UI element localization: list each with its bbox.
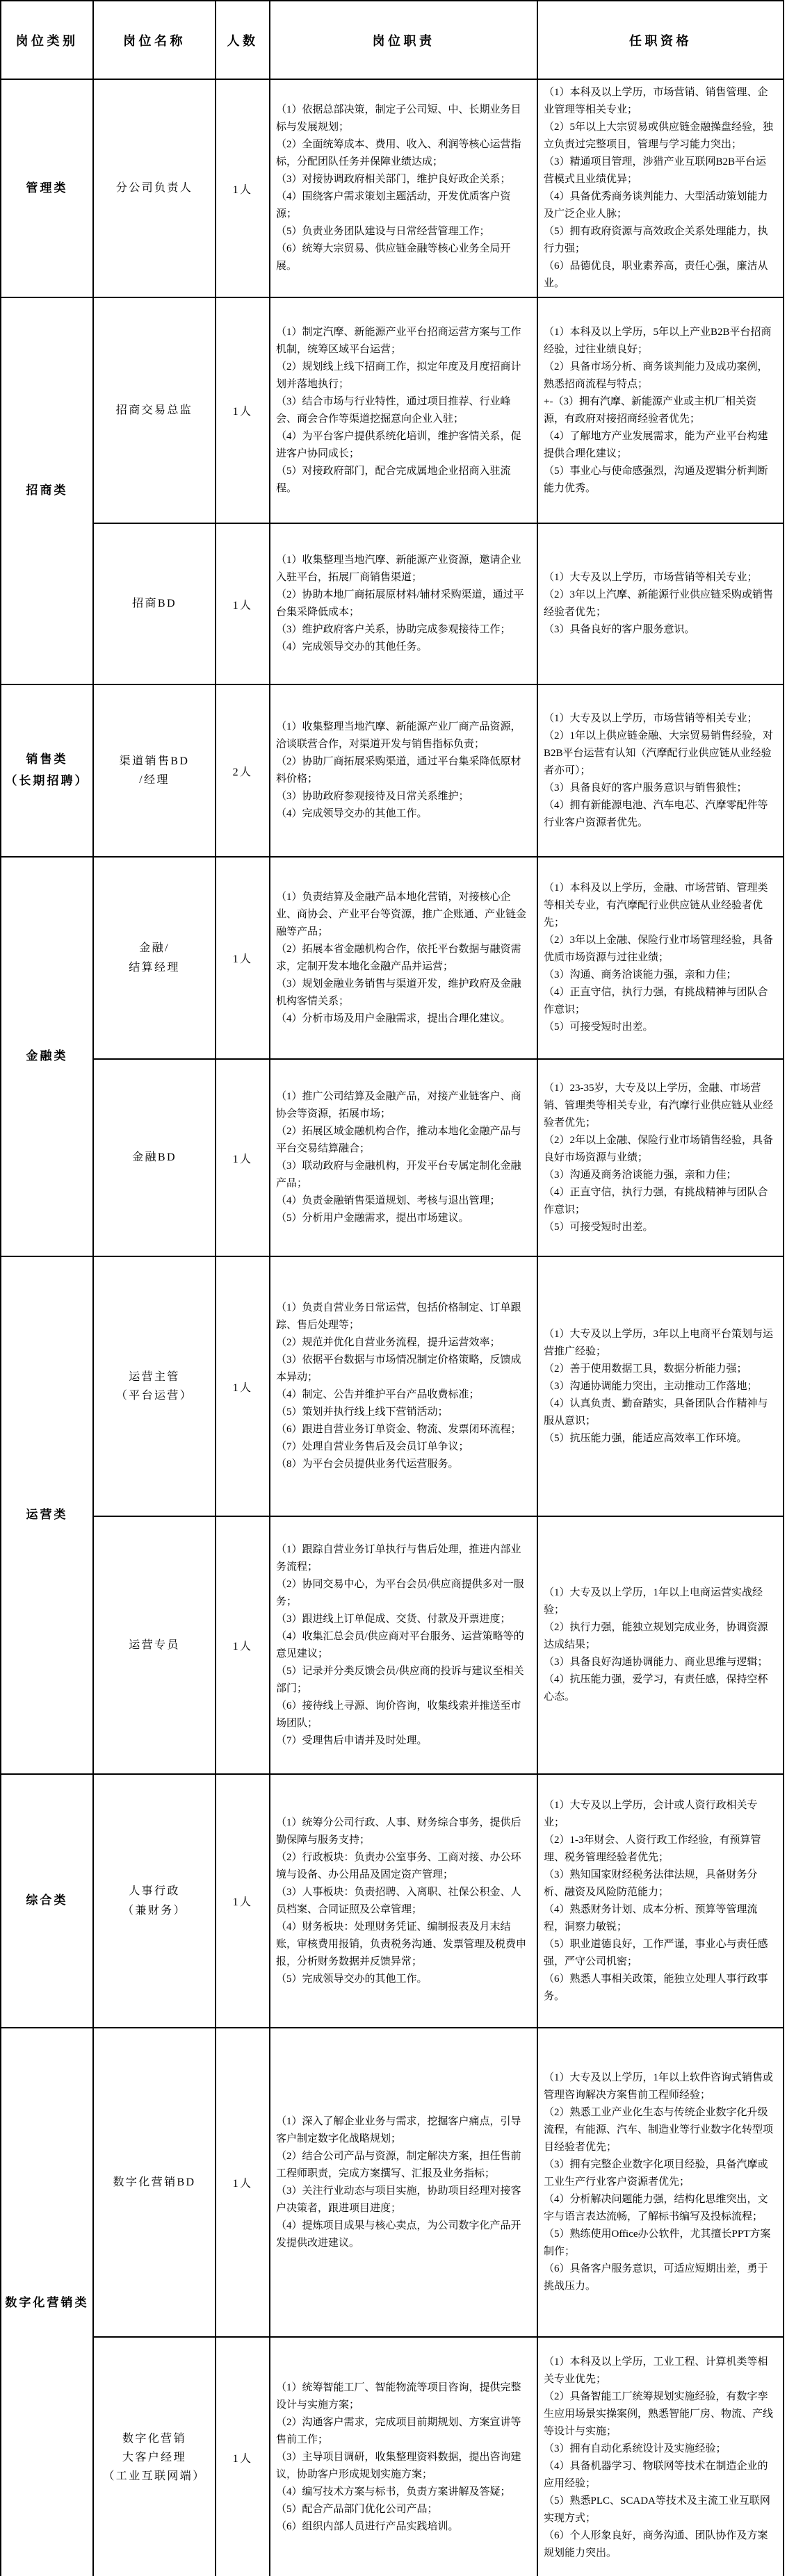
list-item: （2）具备市场分析、商务谈判能力及成功案例，熟悉招商流程与特点； — [544, 359, 774, 393]
list-item: （2）协助厂商拓展采购渠道，通过平台集采降低原材料价格； — [276, 753, 528, 788]
list-item: （3）人事板块：负责招聘、入离职、社保公积金、人员档案、合同证照及公章管理； — [276, 1884, 528, 1919]
list-item: （4）具备机器学习、物联网等技术在制造企业的应用经验； — [544, 2458, 774, 2493]
list-item: （4）制定、公告并维护平台产品收费标准； — [276, 1386, 528, 1404]
list-item: （1）大专及以上学历，1年以上软件咨询式销售或管理咨询解决方案售前工程师经验； — [544, 2069, 774, 2104]
table-row-digital-marketing-key-account-manager: 数字化营销 大客户经理 （工业互联网端） 1人 （1）统筹智能工厂、智能物流等项… — [1, 2337, 784, 2576]
qualifications-cell: （1）大专及以上学历，会计或人资行政相关专业；（2）1-3年财会、人资行政工作经… — [537, 1774, 784, 2028]
list-item: （5）可接受短时出差。 — [544, 1219, 774, 1236]
list-item: （2）善于使用数据工具，数据分析能力强； — [544, 1361, 774, 1378]
list-item: （3）关注行业动态与项目实施，协助项目经理对接客户决策者，跟进项目进度； — [276, 2183, 528, 2217]
list-item: （5）事业心与使命感强烈，沟通及逻辑分析判断能力优秀。 — [544, 463, 774, 498]
table-row-investment-bd: 招商BD 1人 （1）收集整理当地汽摩、新能源产业资源，邀请企业入驻平台，拓展厂… — [1, 523, 784, 684]
list-item: （5）熟练使用Office办公软件，尤其擅长PPT方案制作； — [544, 2226, 774, 2261]
table-row-finance-settlement-manager: 金融类 金融/ 结算经理 1人 （1）负责结算及金融产品本地化营销，对接核心企业… — [1, 857, 784, 1059]
table-row-hr-admin: 综合类 人事行政 （兼财务） 1人 （1）统筹分公司行政、人事、财务综合事务，提… — [1, 1774, 784, 2028]
list-item: （1）统筹分公司行政、人事、财务综合事务，提供后勤保障与服务支持； — [276, 1814, 528, 1849]
list-item: （5）配合产品部门优化公司产品； — [276, 2501, 528, 2518]
list-item: （4）围绕客户需求策划主题活动，开发优质客户资源； — [276, 188, 528, 223]
list-item: （3）具备良好的客户服务意识。 — [544, 621, 774, 639]
position-name-cell: 金融/ 结算经理 — [93, 857, 216, 1059]
position-name-cell: 招商交易总监 — [93, 297, 216, 523]
list-item: （3）跟进线上订单促成、交货、付款及开票进度； — [276, 1611, 528, 1628]
list-item: （3）熟知国家财经税务法律法规，具备财务分析、融资及风险防范能力； — [544, 1867, 774, 1901]
job-table: 岗位类别 岗位名称 人数 岗位职责 任职资格 管理类 分公司负责人 1人 （1）… — [0, 0, 784, 2576]
duties-cell: （1）深入了解企业业务与需求，挖掘客户痛点，引导客户制定数字化战略规划；（2）结… — [270, 2028, 537, 2337]
col-header-category: 岗位类别 — [1, 1, 93, 79]
list-item: （5）分析用户金融需求，提出市场建议。 — [276, 1210, 528, 1227]
list-item: （1）23-35岁，大专及以上学历，金融、市场营销、管理类等相关专业，有汽摩行业… — [544, 1080, 774, 1132]
list-item: （6）熟悉人事相关政策，能独立处理人事行政事务。 — [544, 1971, 774, 2005]
list-item: （3）具备良好的客户服务意识与销售狼性； — [544, 780, 774, 797]
list-item: （3）拥有自动化系统设计及实施经验； — [544, 2440, 774, 2458]
qualifications-cell: （1）大专及以上学历，1年以上电商运营实战经验；（2）执行力强，能独立规划完成业… — [537, 1516, 784, 1774]
category-cell-finance: 金融类 — [1, 857, 93, 1256]
table-row-operations-specialist: 运营专员 1人 （1）跟踪自营业务订单执行与售后处理，推进内部业务流程；（2）协… — [1, 1516, 784, 1774]
list-item: （3）主导项目调研，收集整理资料数据，提出咨询建议，协助客户形成规划实施方案； — [276, 2449, 528, 2484]
headcount-cell: 1人 — [216, 1059, 270, 1256]
list-item: （1）跟踪自营业务订单执行与售后处理，推进内部业务流程； — [276, 1541, 528, 1576]
list-item: （3）精通项目管理，涉猎产业互联网B2B平台运营模式且业绩优异； — [544, 154, 774, 188]
list-item: （3）依据平台数据与市场情况制定价格策略，反馈成本异动； — [276, 1352, 528, 1386]
list-item: （2）2年以上金融、保险行业市场销售经验，具备良好市场资源与业绩； — [544, 1132, 774, 1167]
list-item: （2）行政板块：负责办公室事务、工商对接、办公环境与设备、办公用品及固定资产管理… — [276, 1849, 528, 1884]
qualifications-cell: （1）大专及以上学历，3年以上电商平台策划与运营推广经验；（2）善于使用数据工具… — [537, 1256, 784, 1516]
list-item: （8）为平台会员提供业务代运营服务。 — [276, 1456, 528, 1473]
duties-cell: （1）收集整理当地汽摩、新能源产业资源，邀请企业入驻平台，拓展厂商销售渠道；（2… — [270, 523, 537, 684]
list-item: （4）完成领导交办的其他工作。 — [276, 805, 528, 823]
headcount-cell: 1人 — [216, 79, 270, 297]
list-item: （3）拥有完整企业数字化项目经验，具备汽摩或工业生产行业客户资源者优先； — [544, 2156, 774, 2191]
list-item: （7）受理售后申请并及时处理。 — [276, 1732, 528, 1750]
list-item: （1）收集整理当地汽摩、新能源产业资源，邀请企业入驻平台，拓展厂商销售渠道； — [276, 552, 528, 586]
list-item: （4）熟悉财务计划、成本分析、预算等管理流程，洞察力敏锐； — [544, 1901, 774, 1936]
col-header-duties: 岗位职责 — [270, 1, 537, 79]
qualifications-cell: （1）大专及以上学历，市场营销等相关专业；（2）3年以上汽摩、新能源行业供应链采… — [537, 523, 784, 684]
list-item: （6）跟进自营业务订单资金、物流、发票闭环流程； — [276, 1421, 528, 1438]
position-name-cell: 金融BD — [93, 1059, 216, 1256]
category-cell-operations: 运营类 — [1, 1256, 93, 1774]
list-item: （1）大专及以上学历，3年以上电商平台策划与运营推广经验； — [544, 1326, 774, 1361]
position-name-cell: 分公司负责人 — [93, 79, 216, 297]
list-item: （6）品德优良，职业素养高，责任心强，廉洁从业。 — [544, 258, 774, 293]
list-item: （5）对接政府部门，配合完成属地企业招商入驻流程。 — [276, 463, 528, 498]
list-item: （2）协同交易中心，为平台会员/供应商提供多对一服务； — [276, 1576, 528, 1611]
list-item: （4）分析解决问题能力强，结构化思维突出，文字与语言表达流畅，了解标书编写及投标… — [544, 2191, 774, 2226]
list-item: （1）负责自营业务日常运营，包括价格制定、订单跟踪、售后处理等； — [276, 1299, 528, 1334]
list-item: （4）认真负责、勤奋踏实，具备团队合作精神与服从意识； — [544, 1395, 774, 1430]
list-item: （1）本科及以上学历，工业工程、计算机类等相关专业优先； — [544, 2354, 774, 2388]
list-item: （1）依据总部决策，制定子公司短、中、长期业务目标与发展规划； — [276, 101, 528, 136]
list-item: （7）处理自营业务售后及会员订单争议； — [276, 1438, 528, 1456]
list-item: （6）个人形象良好，商务沟通、团队协作及方案规划能力突出。 — [544, 2527, 774, 2562]
list-item: （4）完成领导交办的其他任务。 — [276, 639, 528, 656]
list-item: （1）推广公司结算及金融产品，对接产业链客户、商协会等资源，拓展市场； — [276, 1088, 528, 1123]
duties-cell: （1）依据总部决策，制定子公司短、中、长期业务目标与发展规划；（2）全面统筹成本… — [270, 79, 537, 297]
list-item: （1）大专及以上学历，市场营销等相关专业； — [544, 710, 774, 728]
list-item: （3）规划金融业务销售与渠道开发，维护政府及金融机构客情关系； — [276, 976, 528, 1010]
duties-cell: （1）收集整理当地汽摩、新能源产业厂商产品资源，洽谈联营合作，对渠道开发与销售指… — [270, 684, 537, 857]
headcount-cell: 1人 — [216, 2028, 270, 2337]
position-name-cell: 招商BD — [93, 523, 216, 684]
col-header-position: 岗位名称 — [93, 1, 216, 79]
qualifications-cell: （1）本科及以上学历，市场营销、销售管理、企业管理等相关专业；（2）5年以上大宗… — [537, 79, 784, 297]
list-item: （3）协助政府参观接待及日常关系维护； — [276, 788, 528, 805]
list-item: （1）大专及以上学历，1年以上电商运营实战经验； — [544, 1584, 774, 1619]
list-item: （5）抗压能力强，能适应高效率工作环境。 — [544, 1430, 774, 1447]
list-item: （1）制定汽摩、新能源产业平台招商运营方案与工作机制，统筹区域平台运营； — [276, 324, 528, 359]
headcount-cell: 1人 — [216, 523, 270, 684]
list-item: （3）具备良好沟通协调能力、商业思维与逻辑； — [544, 1654, 774, 1671]
list-item: （2）执行力强，能独立规划完成业务，协调资源达成结果； — [544, 1619, 774, 1654]
table-row-investment-director: 招商类 招商交易总监 1人 （1）制定汽摩、新能源产业平台招商运营方案与工作机制… — [1, 297, 784, 523]
duties-cell: （1）统筹分公司行政、人事、财务综合事务，提供后勤保障与服务支持；（2）行政板块… — [270, 1774, 537, 2028]
position-name-cell: 人事行政 （兼财务） — [93, 1774, 216, 2028]
list-item: （1）本科及以上学历，市场营销、销售管理、企业管理等相关专业； — [544, 84, 774, 119]
list-item: （1）本科及以上学历，5年以上产业B2B平台招商经验，过往业绩良好； — [544, 324, 774, 359]
list-item: （3）沟通及商务洽谈能力强，亲和力佳； — [544, 1167, 774, 1184]
position-name-cell: 运营主管 （平台运营） — [93, 1256, 216, 1516]
position-name-cell: 运营专员 — [93, 1516, 216, 1774]
list-item: （4）财务板块：处理财务凭证、编制报表及月末结账，审核费用报销，负责税务沟通、发… — [276, 1919, 528, 1971]
list-item: （1）大专及以上学历，会计或人资行政相关专业； — [544, 1797, 774, 1832]
list-item: （2）全面统筹成本、费用、收入、利润等核心运营指标，分配团队任务并保障业绩达成； — [276, 136, 528, 171]
table-row-digital-marketing-bd: 数字化营销类 数字化营销BD 1人 （1）深入了解企业业务与需求，挖掘客户痛点，… — [1, 2028, 784, 2337]
list-item: （3）结合市场与行业特性，通过项目推荐、行业峰会、商会合作等渠道挖掘意向企业入驻… — [276, 393, 528, 428]
list-item: （2）具备智能工厂统筹规划实施经验，有数字孪生应用场景实操案例，熟悉智能厂房、物… — [544, 2388, 774, 2440]
position-name-cell: 数字化营销BD — [93, 2028, 216, 2337]
list-item: （4）为平台客户提供系统化培训，维护客情关系，促进客户协同成长； — [276, 428, 528, 463]
duties-cell: （1）负责结算及金融产品本地化营销，对接核心企业、商协会、产业平台等资源，推广企… — [270, 857, 537, 1059]
headcount-cell: 1人 — [216, 1774, 270, 2028]
list-item: （3）联动政府与金融机构，开发平台专属定制化金融产品； — [276, 1158, 528, 1192]
list-item: （4）编写技术方案与标书，负责方案讲解及答疑； — [276, 2484, 528, 2501]
category-cell-investment: 招商类 — [1, 297, 93, 684]
list-item: （5）熟悉PLC、SCADA等技术及主流工业互联网实现方式； — [544, 2493, 774, 2527]
list-item: （1）大专及以上学历，市场营销等相关专业； — [544, 569, 774, 586]
list-item: （1）统筹智能工厂、智能物流等项目咨询，提供完整设计与实施方案； — [276, 2379, 528, 2414]
list-item: （2）3年以上金融、保险行业市场管理经验，具备优质市场资源与过往业绩； — [544, 932, 774, 967]
col-header-qualifications: 任职资格 — [537, 1, 784, 79]
table-row-finance-bd: 金融BD 1人 （1）推广公司结算及金融产品，对接产业链客户、商协会等资源，拓展… — [1, 1059, 784, 1256]
headcount-cell: 1人 — [216, 1516, 270, 1774]
table-row-branch-manager: 管理类 分公司负责人 1人 （1）依据总部决策，制定子公司短、中、长期业务目标与… — [1, 79, 784, 297]
headcount-cell: 1人 — [216, 2337, 270, 2576]
list-item: （6）组织内部人员进行产品实践培训。 — [276, 2518, 528, 2536]
list-item: （2）1-3年财会、人资行政工作经验，有预算管理、税务管理经验者优先； — [544, 1832, 774, 1867]
qualifications-cell: （1）23-35岁，大专及以上学历，金融、市场营销、管理类等相关专业，有汽摩行业… — [537, 1059, 784, 1256]
qualifications-cell: （1）本科及以上学历，金融、市场营销、管理类等相关专业，有汽摩配行业供应链从业经… — [537, 857, 784, 1059]
job-posting-page: 岗位类别 岗位名称 人数 岗位职责 任职资格 管理类 分公司负责人 1人 （1）… — [0, 0, 787, 2576]
list-item: （4）负责金融销售渠道规划、考核与退出管理； — [276, 1192, 528, 1210]
qualifications-cell: （1）本科及以上学历，5年以上产业B2B平台招商经验，过往业绩良好；（2）具备市… — [537, 297, 784, 523]
qualifications-cell: （1）本科及以上学历，工业工程、计算机类等相关专业优先；（2）具备智能工厂统筹规… — [537, 2337, 784, 2576]
list-item: （4）拥有新能源电池、汽车电芯、汽摩零配件等行业客户资源者优先。 — [544, 797, 774, 832]
list-item: （2）协助本地厂商拓展原材料/辅材采购渠道，通过平台集采降低成本； — [276, 586, 528, 621]
list-item: （4）正直守信，执行力强，有挑战精神与团队合作意识； — [544, 984, 774, 1019]
list-item: （4）了解地方产业发展需求，能为产业平台构建提供合理化建议； — [544, 428, 774, 463]
duties-cell: （1）统筹智能工厂、智能物流等项目咨询，提供完整设计与实施方案；（2）沟通客户需… — [270, 2337, 537, 2576]
list-item: （5）负责业务团队建设与日常经营管理工作； — [276, 223, 528, 240]
list-item: （6）具备客户服务意识，可适应短期出差，勇于挑战压力。 — [544, 2261, 774, 2295]
list-item: （6）接待线上寻源、询价咨询，收集线索并推送至市场团队； — [276, 1698, 528, 1732]
position-name-cell: 渠道销售BD /经理 — [93, 684, 216, 857]
duties-cell: （1）推广公司结算及金融产品，对接产业链客户、商协会等资源，拓展市场；（2）拓展… — [270, 1059, 537, 1256]
category-cell-sales: 销售类 （长期招聘） — [1, 684, 93, 857]
list-item: （2）规划线上线下招商工作，拟定年度及月度招商计划并落地执行； — [276, 359, 528, 393]
list-item: （5）完成领导交办的其他工作。 — [276, 1971, 528, 1988]
table-row-channel-sales: 销售类 （长期招聘） 渠道销售BD /经理 2人 （1）收集整理当地汽摩、新能源… — [1, 684, 784, 857]
list-item: （1）本科及以上学历，金融、市场营销、管理类等相关专业，有汽摩配行业供应链从业经… — [544, 880, 774, 932]
headcount-cell: 1人 — [216, 1256, 270, 1516]
headcount-cell: 2人 — [216, 684, 270, 857]
qualifications-cell: （1）大专及以上学历，1年以上软件咨询式销售或管理咨询解决方案售前工程师经验；（… — [537, 2028, 784, 2337]
list-item: （3）沟通协调能力突出，主动推动工作落地； — [544, 1378, 774, 1395]
list-item: （4）抗压能力强，爱学习，有责任感，保持空杯心态。 — [544, 1671, 774, 1706]
category-cell-management: 管理类 — [1, 79, 93, 297]
list-item: （6）统筹大宗贸易、供应链金融等核心业务全局开展。 — [276, 240, 528, 275]
headcount-cell: 1人 — [216, 857, 270, 1059]
table-row-operations-supervisor: 运营类 运营主管 （平台运营） 1人 （1）负责自营业务日常运营，包括价格制定、… — [1, 1256, 784, 1516]
list-item: （5）职业道德良好，工作严谨，事业心与责任感强，严守公司机密； — [544, 1936, 774, 1971]
list-item: （5）策划并执行线上线下营销活动； — [276, 1404, 528, 1421]
list-item: （1）收集整理当地汽摩、新能源产业厂商产品资源，洽谈联营合作，对渠道开发与销售指… — [276, 719, 528, 753]
category-cell-general: 综合类 — [1, 1774, 93, 2028]
list-item: （1）负责结算及金融产品本地化营销，对接核心企业、商协会、产业平台等资源，推广企… — [276, 889, 528, 941]
duties-cell: （1）负责自营业务日常运营，包括价格制定、订单跟踪、售后处理等；（2）规范并优化… — [270, 1256, 537, 1516]
header-row: 岗位类别 岗位名称 人数 岗位职责 任职资格 — [1, 1, 784, 79]
list-item: （3）沟通、商务洽谈能力强，亲和力佳； — [544, 967, 774, 984]
list-item: （2）拓展本省金融机构合作，依托平台数据与融资需求，定制开发本地化金融产品并运营… — [276, 941, 528, 976]
list-item: （2）结合公司产品与资源，制定解决方案，担任售前工程师职责，完成方案撰写、汇报及… — [276, 2148, 528, 2183]
list-item: （2）拓展区域金融机构合作，推动本地化金融产品与平台交易结算融合； — [276, 1123, 528, 1158]
headcount-cell: 1人 — [216, 297, 270, 523]
list-item: （2）熟悉工业产业化生态与传统企业数字化升级流程，有能源、汽车、制造业等行业数字… — [544, 2104, 774, 2156]
duties-cell: （1）跟踪自营业务订单执行与售后处理，推进内部业务流程；（2）协同交易中心，为平… — [270, 1516, 537, 1774]
qualifications-cell: （1）大专及以上学历，市场营销等相关专业；（2）1年以上供应链金融、大宗贸易销售… — [537, 684, 784, 857]
list-item: （5）可接受短时出差。 — [544, 1019, 774, 1036]
list-item: （4）正直守信，执行力强，有挑战精神与团队合作意识； — [544, 1184, 774, 1219]
list-item: （2）3年以上汽摩、新能源行业供应链采购或销售经验者优先； — [544, 586, 774, 621]
duties-cell: （1）制定汽摩、新能源产业平台招商运营方案与工作机制，统筹区域平台运营；（2）规… — [270, 297, 537, 523]
list-item: （2）沟通客户需求，完成项目前期规划、方案宣讲等售前工作； — [276, 2414, 528, 2449]
list-item: （4）具备优秀商务谈判能力、大型活动策划能力及广泛企业人脉； — [544, 188, 774, 223]
list-item: +-（3）拥有汽摩、新能源产业或主机厂相关资源，有政府对接招商经验者优先； — [544, 393, 774, 428]
list-item: （1）深入了解企业业务与需求，挖掘客户痛点，引导客户制定数字化战略规划； — [276, 2113, 528, 2148]
list-item: （5）拥有政府资源与高效政企关系处理能力，执行力强； — [544, 223, 774, 258]
list-item: （2）5年以上大宗贸易或供应链金融操盘经验，独立负责过完整项目，管理与学习能力突… — [544, 119, 774, 154]
position-name-cell: 数字化营销 大客户经理 （工业互联网端） — [93, 2337, 216, 2576]
list-item: （4）收集汇总会员/供应商对平台服务、运营策略等的意见建议； — [276, 1628, 528, 1663]
list-item: （5）记录并分类反馈会员/供应商的投诉与建议至相关部门； — [276, 1663, 528, 1698]
list-item: （2）规范并优化自营业务流程，提升运营效率； — [276, 1334, 528, 1352]
list-item: （3）维护政府客户关系，协助完成参观接待工作； — [276, 621, 528, 639]
list-item: （4）提炼项目成果与核心卖点，为公司数字化产品开发提供改进建议。 — [276, 2217, 528, 2252]
list-item: （3）对接协调政府相关部门，维护良好政企关系； — [276, 171, 528, 188]
list-item: （2）1年以上供应链金融、大宗贸易销售经验，对B2B平台运营有认知（汽摩配行业供… — [544, 728, 774, 780]
col-header-headcount: 人数 — [216, 1, 270, 79]
category-cell-digital-marketing: 数字化营销类 — [1, 2028, 93, 2576]
list-item: （4）分析市场及用户金融需求，提出合理化建议。 — [276, 1010, 528, 1028]
